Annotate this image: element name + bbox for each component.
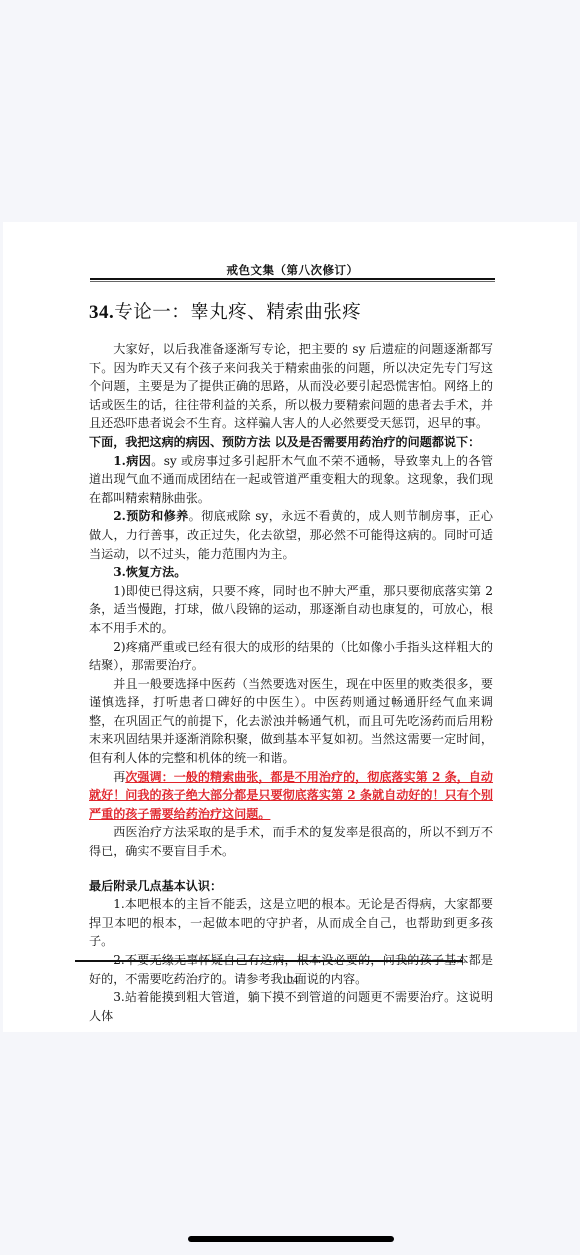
- home-indicator[interactable]: [188, 1236, 394, 1242]
- running-header: 戒色文集（第八次修订）: [90, 262, 495, 278]
- spacer: [89, 861, 493, 877]
- header-rule-secondary: [90, 281, 495, 282]
- page-number: 104: [3, 974, 577, 986]
- header-rule: [90, 278, 495, 280]
- appendix-item-1: 1.本吧根本的主旨不能丢，这是立吧的根本。无论是否得病，大家都要捍卫本吧的根本，…: [89, 895, 493, 951]
- recovery-heading: 3.恢复方法。: [89, 563, 493, 582]
- document-body: 大家好，以后我准备逐渐写专论，把主要的 sy 后遗症的问题逐渐都写下。因为昨天又…: [89, 340, 493, 1025]
- intro-paragraph: 大家好，以后我准备逐渐写专论，把主要的 sy 后遗症的问题逐渐都写下。因为昨天又…: [89, 340, 493, 433]
- document-page: 戒色文集（第八次修订） 34.专论一：睾丸疼、精索曲张疼 大家好，以后我准备逐渐…: [3, 222, 577, 1032]
- emphasis-paragraph: 再次强调：一般的精索曲张，都是不用治疗的，彻底落实第 2 条，自动就好！问我的孩…: [89, 768, 493, 824]
- chapter-number: 34.: [89, 302, 114, 323]
- western-paragraph: 西医治疗方法采取的是手术，而手术的复发率是很高的，所以不到万不得已，确实不要盲目…: [89, 823, 493, 860]
- cause-paragraph: 1.病因。sy 或房事过多引起肝木气血不荣不通畅，导致睾丸上的各管道出现气血不通…: [89, 452, 493, 508]
- footer-rule: [75, 960, 463, 962]
- prevention-label: 2.预防和修养: [113, 509, 188, 523]
- emphasis-prefix: 再: [113, 770, 125, 784]
- cause-label: 1.病因: [113, 454, 151, 468]
- chapter-title-text: 专论一：睾丸疼、精索曲张疼: [114, 302, 361, 323]
- recovery-item-2: 2)疼痛严重或已经有很大的成形的结果的（比如像小手指头这样粗大的结聚），那需要治…: [89, 638, 493, 675]
- chapter-title: 34.专论一：睾丸疼、精索曲张疼: [89, 298, 361, 324]
- recovery-item-1: 1)即使已得这病，只要不疼，同时也不肿大严重，那只要彻底落实第 2 条，适当慢跑…: [89, 582, 493, 638]
- tcm-paragraph: 并且一般要选择中医药（当然要选对医生，现在中医里的败类很多，要谨慎选择，打听患者…: [89, 675, 493, 768]
- appendix-heading: 最后附录几点基本认识：: [89, 877, 493, 896]
- appendix-item-3: 3.站着能摸到粗大管道，躺下摸不到管道的问题更不需要治疗。这说明人体: [89, 988, 493, 1025]
- prevention-paragraph: 2.预防和修养。彻底戒除 sy，永远不看黄的，成人则节制房事，正心做人，力行善事…: [89, 507, 493, 563]
- emphasis-highlight: 次强调：一般的精索曲张，都是不用治疗的，彻底落实第 2 条，自动就好！问我的孩子…: [89, 770, 493, 821]
- lead-paragraph: 下面，我把这病的病因、预防方法 以及是否需要用药治疗的问题都说下：: [89, 433, 493, 452]
